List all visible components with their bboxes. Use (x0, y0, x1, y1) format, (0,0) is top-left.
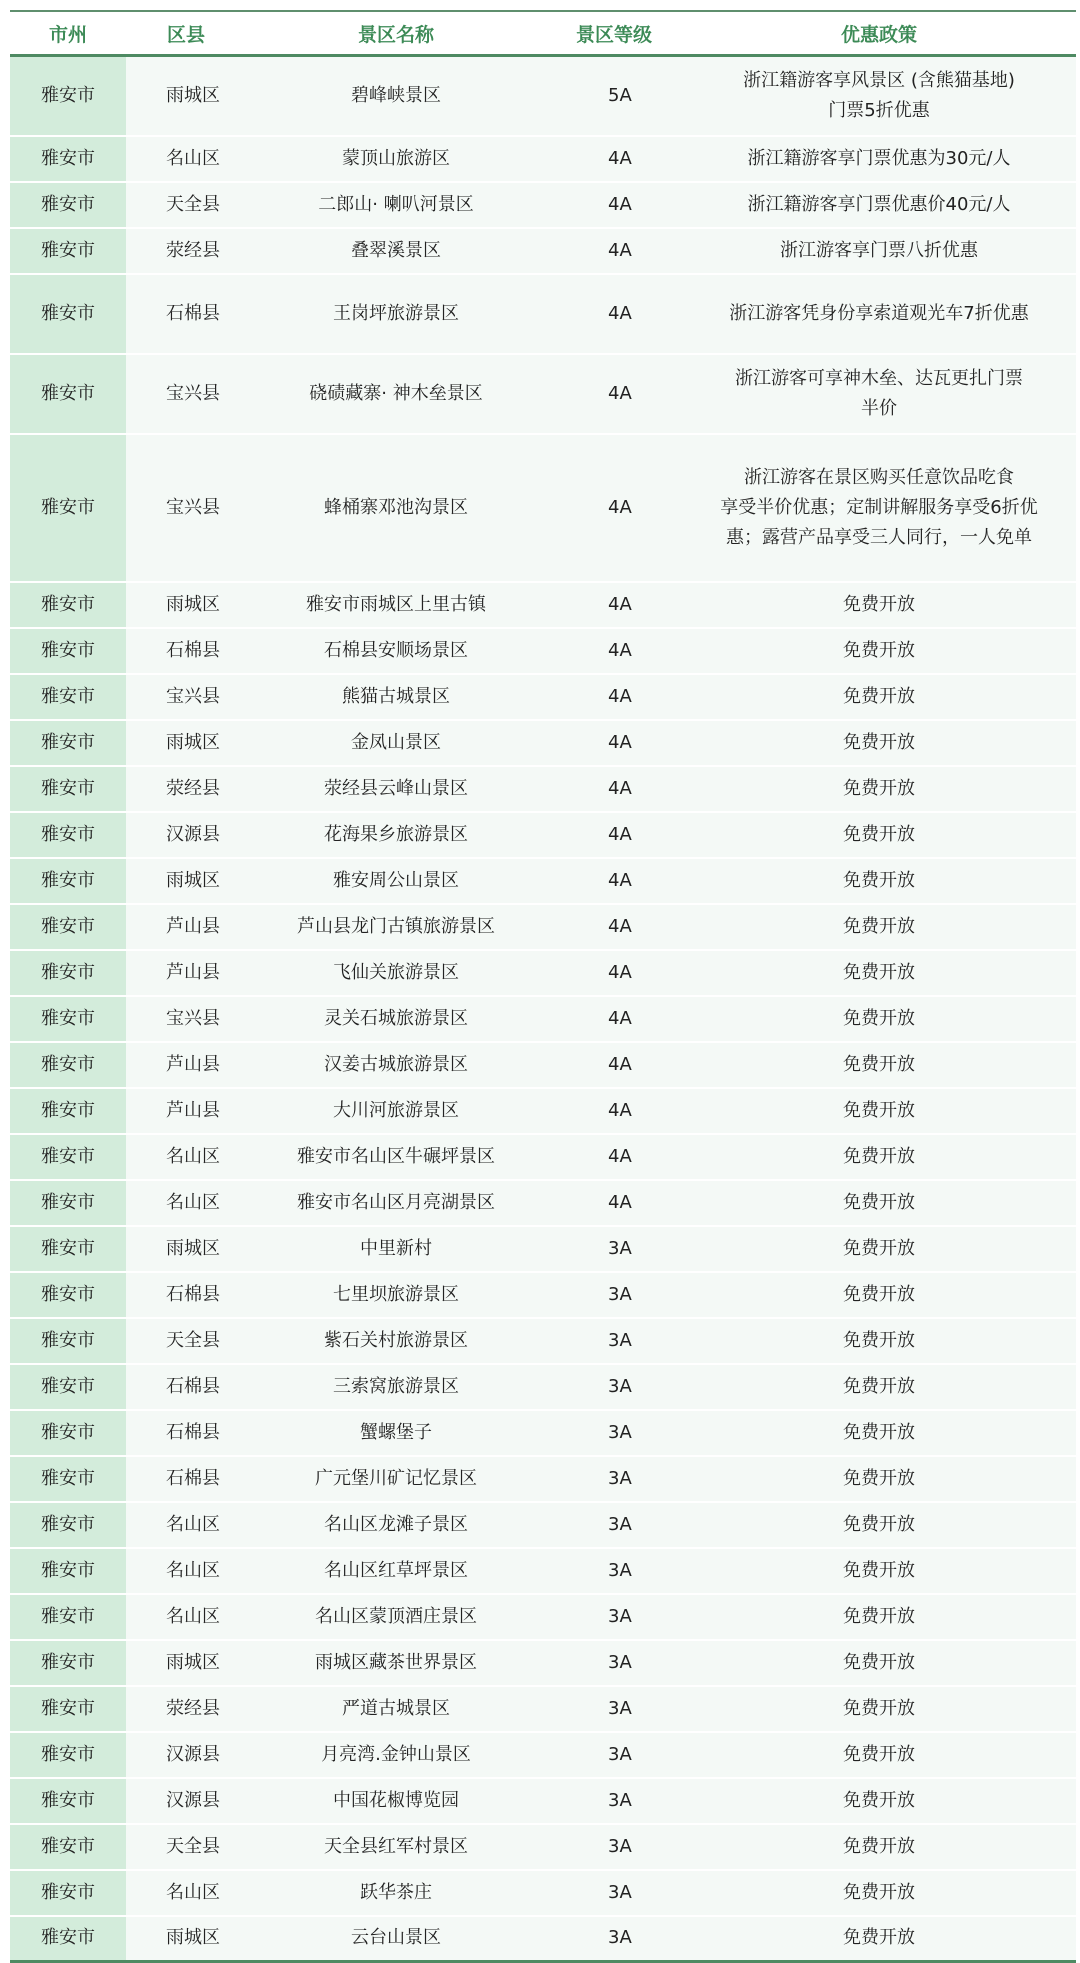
scenic-name-cell: 名山区龙滩子景区 (246, 1502, 546, 1548)
grade-cell: 4A (546, 1134, 682, 1180)
city-cell: 雅安市 (10, 1686, 126, 1732)
scenic-discount-table-container: 市州 区县 景区名称 景区等级 优惠政策 雅安市雨城区碧峰峡景区5A浙江籍游客享… (10, 10, 1076, 1952)
scenic-name-cell: 雅安周公山景区 (246, 858, 546, 904)
county-cell: 宝兴县 (126, 354, 246, 434)
grade-cell: 3A (546, 1318, 682, 1364)
policy-cell: 免费开放 (682, 996, 1076, 1042)
county-cell: 石棉县 (126, 1272, 246, 1318)
policy-cell: 浙江游客可享神木垒、达瓦更扎门票 半价 (682, 354, 1076, 434)
grade-cell: 3A (546, 1732, 682, 1778)
county-cell: 石棉县 (126, 1364, 246, 1410)
county-cell: 荥经县 (126, 766, 246, 812)
header-row: 市州 区县 景区名称 景区等级 优惠政策 (10, 12, 1076, 56)
policy-cell: 免费开放 (682, 1916, 1076, 1953)
city-cell: 雅安市 (10, 1134, 126, 1180)
policy-cell: 免费开放 (682, 1272, 1076, 1318)
city-cell: 雅安市 (10, 1456, 126, 1502)
county-cell: 荥经县 (126, 228, 246, 274)
grade-cell: 3A (546, 1502, 682, 1548)
policy-cell: 免费开放 (682, 1410, 1076, 1456)
scenic-name-cell: 二郎山· 喇叭河景区 (246, 182, 546, 228)
policy-cell: 免费开放 (682, 950, 1076, 996)
header-policy: 优惠政策 (682, 12, 1076, 56)
county-cell: 雨城区 (126, 1916, 246, 1953)
scenic-name-cell: 广元堡川矿记忆景区 (246, 1456, 546, 1502)
table-row: 雅安市名山区雅安市名山区牛碾坪景区4A免费开放 (10, 1134, 1076, 1180)
grade-cell: 3A (546, 1778, 682, 1824)
table-row: 雅安市名山区名山区蒙顶酒庄景区3A免费开放 (10, 1594, 1076, 1640)
table-row: 雅安市芦山县大川河旅游景区4A免费开放 (10, 1088, 1076, 1134)
scenic-name-cell: 名山区红草坪景区 (246, 1548, 546, 1594)
county-cell: 名山区 (126, 136, 246, 182)
city-cell: 雅安市 (10, 1410, 126, 1456)
policy-cell: 免费开放 (682, 812, 1076, 858)
table-row: 雅安市名山区雅安市名山区月亮湖景区4A免费开放 (10, 1180, 1076, 1226)
scenic-name-cell: 雅安市名山区月亮湖景区 (246, 1180, 546, 1226)
city-cell: 雅安市 (10, 674, 126, 720)
county-cell: 汉源县 (126, 1778, 246, 1824)
grade-cell: 4A (546, 950, 682, 996)
city-cell: 雅安市 (10, 1088, 126, 1134)
city-cell: 雅安市 (10, 1916, 126, 1953)
scenic-name-cell: 芦山县龙门古镇旅游景区 (246, 904, 546, 950)
policy-cell: 免费开放 (682, 1594, 1076, 1640)
scenic-name-cell: 叠翠溪景区 (246, 228, 546, 274)
county-cell: 名山区 (126, 1548, 246, 1594)
grade-cell: 4A (546, 228, 682, 274)
scenic-name-cell: 雨城区藏茶世界景区 (246, 1640, 546, 1686)
grade-cell: 4A (546, 1088, 682, 1134)
table-row: 雅安市宝兴县硗碛藏寨· 神木垒景区4A浙江游客可享神木垒、达瓦更扎门票 半价 (10, 354, 1076, 434)
scenic-name-cell: 天全县红军村景区 (246, 1824, 546, 1870)
policy-cell: 免费开放 (682, 674, 1076, 720)
county-cell: 石棉县 (126, 1456, 246, 1502)
policy-cell: 免费开放 (682, 1778, 1076, 1824)
grade-cell: 4A (546, 858, 682, 904)
city-cell: 雅安市 (10, 1180, 126, 1226)
county-cell: 雨城区 (126, 858, 246, 904)
scenic-name-cell: 中里新村 (246, 1226, 546, 1272)
scenic-name-cell: 雅安市名山区牛碾坪景区 (246, 1134, 546, 1180)
city-cell: 雅安市 (10, 1732, 126, 1778)
table-row: 雅安市雨城区雨城区藏茶世界景区3A免费开放 (10, 1640, 1076, 1686)
table-row: 雅安市石棉县七里坝旅游景区3A免费开放 (10, 1272, 1076, 1318)
header-scenic-name: 景区名称 (246, 12, 546, 56)
policy-cell: 浙江籍游客享门票优惠价40元/人 (682, 182, 1076, 228)
city-cell: 雅安市 (10, 56, 126, 136)
policy-cell: 免费开放 (682, 1824, 1076, 1870)
policy-cell: 免费开放 (682, 1456, 1076, 1502)
city-cell: 雅安市 (10, 766, 126, 812)
city-cell: 雅安市 (10, 628, 126, 674)
policy-cell: 免费开放 (682, 1548, 1076, 1594)
scenic-name-cell: 名山区蒙顶酒庄景区 (246, 1594, 546, 1640)
grade-cell: 5A (546, 56, 682, 136)
city-cell: 雅安市 (10, 182, 126, 228)
grade-cell: 3A (546, 1410, 682, 1456)
city-cell: 雅安市 (10, 720, 126, 766)
scenic-name-cell: 硗碛藏寨· 神木垒景区 (246, 354, 546, 434)
grade-cell: 4A (546, 720, 682, 766)
grade-cell: 4A (546, 136, 682, 182)
city-cell: 雅安市 (10, 812, 126, 858)
grade-cell: 3A (546, 1686, 682, 1732)
table-row: 雅安市石棉县蟹螺堡子3A免费开放 (10, 1410, 1076, 1456)
county-cell: 石棉县 (126, 628, 246, 674)
table-row: 雅安市汉源县月亮湾.金钟山景区3A免费开放 (10, 1732, 1076, 1778)
city-cell: 雅安市 (10, 950, 126, 996)
grade-cell: 4A (546, 434, 682, 582)
scenic-name-cell: 灵关石城旅游景区 (246, 996, 546, 1042)
city-cell: 雅安市 (10, 228, 126, 274)
county-cell: 天全县 (126, 1824, 246, 1870)
header-grade: 景区等级 (546, 12, 682, 56)
grade-cell: 4A (546, 996, 682, 1042)
table-row: 雅安市石棉县王岗坪旅游景区4A浙江游客凭身份享索道观光车7折优惠 (10, 274, 1076, 354)
scenic-name-cell: 三索窝旅游景区 (246, 1364, 546, 1410)
grade-cell: 3A (546, 1824, 682, 1870)
table-row: 雅安市荥经县叠翠溪景区4A浙江游客享门票八折优惠 (10, 228, 1076, 274)
scenic-name-cell: 蒙顶山旅游区 (246, 136, 546, 182)
grade-cell: 4A (546, 582, 682, 628)
policy-cell: 免费开放 (682, 1640, 1076, 1686)
policy-cell: 浙江籍游客享风景区 (含熊猫基地) 门票5折优惠 (682, 56, 1076, 136)
table-row: 雅安市芦山县飞仙关旅游景区4A免费开放 (10, 950, 1076, 996)
table-row: 雅安市雨城区雅安市雨城区上里古镇4A免费开放 (10, 582, 1076, 628)
county-cell: 宝兴县 (126, 434, 246, 582)
county-cell: 名山区 (126, 1870, 246, 1916)
county-cell: 汉源县 (126, 1732, 246, 1778)
scenic-name-cell: 紫石关村旅游景区 (246, 1318, 546, 1364)
county-cell: 雨城区 (126, 1640, 246, 1686)
city-cell: 雅安市 (10, 1272, 126, 1318)
table-row: 雅安市雨城区雅安周公山景区4A免费开放 (10, 858, 1076, 904)
scenic-name-cell: 熊猫古城景区 (246, 674, 546, 720)
city-cell: 雅安市 (10, 1640, 126, 1686)
table-row: 雅安市石棉县三索窝旅游景区3A免费开放 (10, 1364, 1076, 1410)
policy-cell: 免费开放 (682, 1732, 1076, 1778)
scenic-name-cell: 云台山景区 (246, 1916, 546, 1953)
scenic-name-cell: 石棉县安顺场景区 (246, 628, 546, 674)
scenic-name-cell: 雅安市雨城区上里古镇 (246, 582, 546, 628)
grade-cell: 4A (546, 1042, 682, 1088)
scenic-name-cell: 跃华茶庄 (246, 1870, 546, 1916)
county-cell: 芦山县 (126, 1088, 246, 1134)
county-cell: 名山区 (126, 1502, 246, 1548)
table-row: 雅安市名山区名山区龙滩子景区3A免费开放 (10, 1502, 1076, 1548)
county-cell: 芦山县 (126, 904, 246, 950)
table-row: 雅安市雨城区中里新村3A免费开放 (10, 1226, 1076, 1272)
city-cell: 雅安市 (10, 1548, 126, 1594)
table-row: 雅安市雨城区碧峰峡景区5A浙江籍游客享风景区 (含熊猫基地) 门票5折优惠 (10, 56, 1076, 136)
policy-cell: 免费开放 (682, 582, 1076, 628)
county-cell: 宝兴县 (126, 674, 246, 720)
policy-cell: 免费开放 (682, 858, 1076, 904)
scenic-name-cell: 金凤山景区 (246, 720, 546, 766)
city-cell: 雅安市 (10, 1778, 126, 1824)
table-row: 雅安市石棉县石棉县安顺场景区4A免费开放 (10, 628, 1076, 674)
city-cell: 雅安市 (10, 858, 126, 904)
county-cell: 荥经县 (126, 1686, 246, 1732)
policy-cell: 免费开放 (682, 1180, 1076, 1226)
grade-cell: 3A (546, 1870, 682, 1916)
county-cell: 宝兴县 (126, 996, 246, 1042)
table-row: 雅安市雨城区金凤山景区4A免费开放 (10, 720, 1076, 766)
scenic-name-cell: 花海果乡旅游景区 (246, 812, 546, 858)
scenic-name-cell: 中国花椒博览园 (246, 1778, 546, 1824)
grade-cell: 3A (546, 1548, 682, 1594)
table-row: 雅安市荥经县严道古城景区3A免费开放 (10, 1686, 1076, 1732)
grade-cell: 4A (546, 274, 682, 354)
grade-cell: 4A (546, 674, 682, 720)
county-cell: 石棉县 (126, 274, 246, 354)
city-cell: 雅安市 (10, 434, 126, 582)
policy-cell: 免费开放 (682, 1088, 1076, 1134)
policy-cell: 免费开放 (682, 720, 1076, 766)
scenic-name-cell: 月亮湾.金钟山景区 (246, 1732, 546, 1778)
county-cell: 芦山县 (126, 950, 246, 996)
table-row: 雅安市天全县二郎山· 喇叭河景区4A浙江籍游客享门票优惠价40元/人 (10, 182, 1076, 228)
city-cell: 雅安市 (10, 136, 126, 182)
policy-cell: 免费开放 (682, 766, 1076, 812)
policy-cell: 免费开放 (682, 1364, 1076, 1410)
city-cell: 雅安市 (10, 904, 126, 950)
scenic-discount-table: 市州 区县 景区名称 景区等级 优惠政策 雅安市雨城区碧峰峡景区5A浙江籍游客享… (10, 12, 1076, 1952)
county-cell: 汉源县 (126, 812, 246, 858)
county-cell: 天全县 (126, 1318, 246, 1364)
scenic-name-cell: 汉姜古城旅游景区 (246, 1042, 546, 1088)
table-row: 雅安市芦山县芦山县龙门古镇旅游景区4A免费开放 (10, 904, 1076, 950)
table-row: 雅安市芦山县汉姜古城旅游景区4A免费开放 (10, 1042, 1076, 1088)
city-cell: 雅安市 (10, 1502, 126, 1548)
city-cell: 雅安市 (10, 1226, 126, 1272)
table-row: 雅安市宝兴县蜂桶寨邓池沟景区4A浙江游客在景区购买任意饮品吃食 享受半价优惠；定… (10, 434, 1076, 582)
table-row: 雅安市雨城区云台山景区3A免费开放 (10, 1916, 1076, 1953)
header-city: 市州 (10, 12, 126, 56)
county-cell: 雨城区 (126, 56, 246, 136)
grade-cell: 3A (546, 1916, 682, 1953)
policy-cell: 免费开放 (682, 1686, 1076, 1732)
table-row: 雅安市名山区跃华茶庄3A免费开放 (10, 1870, 1076, 1916)
table-row: 雅安市汉源县花海果乡旅游景区4A免费开放 (10, 812, 1076, 858)
policy-cell: 免费开放 (682, 1318, 1076, 1364)
city-cell: 雅安市 (10, 1042, 126, 1088)
city-cell: 雅安市 (10, 582, 126, 628)
scenic-name-cell: 王岗坪旅游景区 (246, 274, 546, 354)
county-cell: 名山区 (126, 1594, 246, 1640)
city-cell: 雅安市 (10, 274, 126, 354)
table-row: 雅安市荥经县荥经县云峰山景区4A免费开放 (10, 766, 1076, 812)
city-cell: 雅安市 (10, 1870, 126, 1916)
county-cell: 雨城区 (126, 720, 246, 766)
city-cell: 雅安市 (10, 1824, 126, 1870)
policy-cell: 浙江游客在景区购买任意饮品吃食 享受半价优惠；定制讲解服务享受6折优 惠；露营产… (682, 434, 1076, 582)
county-cell: 天全县 (126, 182, 246, 228)
county-cell: 雨城区 (126, 582, 246, 628)
city-cell: 雅安市 (10, 996, 126, 1042)
scenic-name-cell: 大川河旅游景区 (246, 1088, 546, 1134)
policy-cell: 免费开放 (682, 1226, 1076, 1272)
scenic-name-cell: 蜂桶寨邓池沟景区 (246, 434, 546, 582)
grade-cell: 4A (546, 812, 682, 858)
table-row: 雅安市天全县天全县红军村景区3A免费开放 (10, 1824, 1076, 1870)
policy-cell: 浙江游客享门票八折优惠 (682, 228, 1076, 274)
scenic-name-cell: 蟹螺堡子 (246, 1410, 546, 1456)
county-cell: 芦山县 (126, 1042, 246, 1088)
table-row: 雅安市汉源县中国花椒博览园3A免费开放 (10, 1778, 1076, 1824)
grade-cell: 4A (546, 182, 682, 228)
county-cell: 名山区 (126, 1180, 246, 1226)
grade-cell: 3A (546, 1640, 682, 1686)
policy-cell: 免费开放 (682, 1502, 1076, 1548)
city-cell: 雅安市 (10, 354, 126, 434)
policy-cell: 免费开放 (682, 628, 1076, 674)
policy-cell: 免费开放 (682, 1042, 1076, 1088)
grade-cell: 4A (546, 628, 682, 674)
table-row: 雅安市宝兴县灵关石城旅游景区4A免费开放 (10, 996, 1076, 1042)
city-cell: 雅安市 (10, 1594, 126, 1640)
policy-cell: 免费开放 (682, 1134, 1076, 1180)
county-cell: 石棉县 (126, 1410, 246, 1456)
city-cell: 雅安市 (10, 1364, 126, 1410)
policy-cell: 免费开放 (682, 904, 1076, 950)
table-row: 雅安市名山区蒙顶山旅游区4A浙江籍游客享门票优惠为30元/人 (10, 136, 1076, 182)
grade-cell: 3A (546, 1594, 682, 1640)
policy-cell: 免费开放 (682, 1870, 1076, 1916)
grade-cell: 4A (546, 354, 682, 434)
policy-cell: 浙江籍游客享门票优惠为30元/人 (682, 136, 1076, 182)
table-row: 雅安市石棉县广元堡川矿记忆景区3A免费开放 (10, 1456, 1076, 1502)
county-cell: 雨城区 (126, 1226, 246, 1272)
table-row: 雅安市名山区名山区红草坪景区3A免费开放 (10, 1548, 1076, 1594)
grade-cell: 4A (546, 904, 682, 950)
scenic-name-cell: 飞仙关旅游景区 (246, 950, 546, 996)
grade-cell: 3A (546, 1226, 682, 1272)
city-cell: 雅安市 (10, 1318, 126, 1364)
grade-cell: 4A (546, 1180, 682, 1226)
header-county: 区县 (126, 12, 246, 56)
county-cell: 名山区 (126, 1134, 246, 1180)
table-row: 雅安市宝兴县熊猫古城景区4A免费开放 (10, 674, 1076, 720)
grade-cell: 3A (546, 1456, 682, 1502)
grade-cell: 4A (546, 766, 682, 812)
scenic-name-cell: 七里坝旅游景区 (246, 1272, 546, 1318)
scenic-name-cell: 严道古城景区 (246, 1686, 546, 1732)
policy-cell: 浙江游客凭身份享索道观光车7折优惠 (682, 274, 1076, 354)
scenic-name-cell: 荥经县云峰山景区 (246, 766, 546, 812)
table-row: 雅安市天全县紫石关村旅游景区3A免费开放 (10, 1318, 1076, 1364)
grade-cell: 3A (546, 1364, 682, 1410)
grade-cell: 3A (546, 1272, 682, 1318)
scenic-name-cell: 碧峰峡景区 (246, 56, 546, 136)
